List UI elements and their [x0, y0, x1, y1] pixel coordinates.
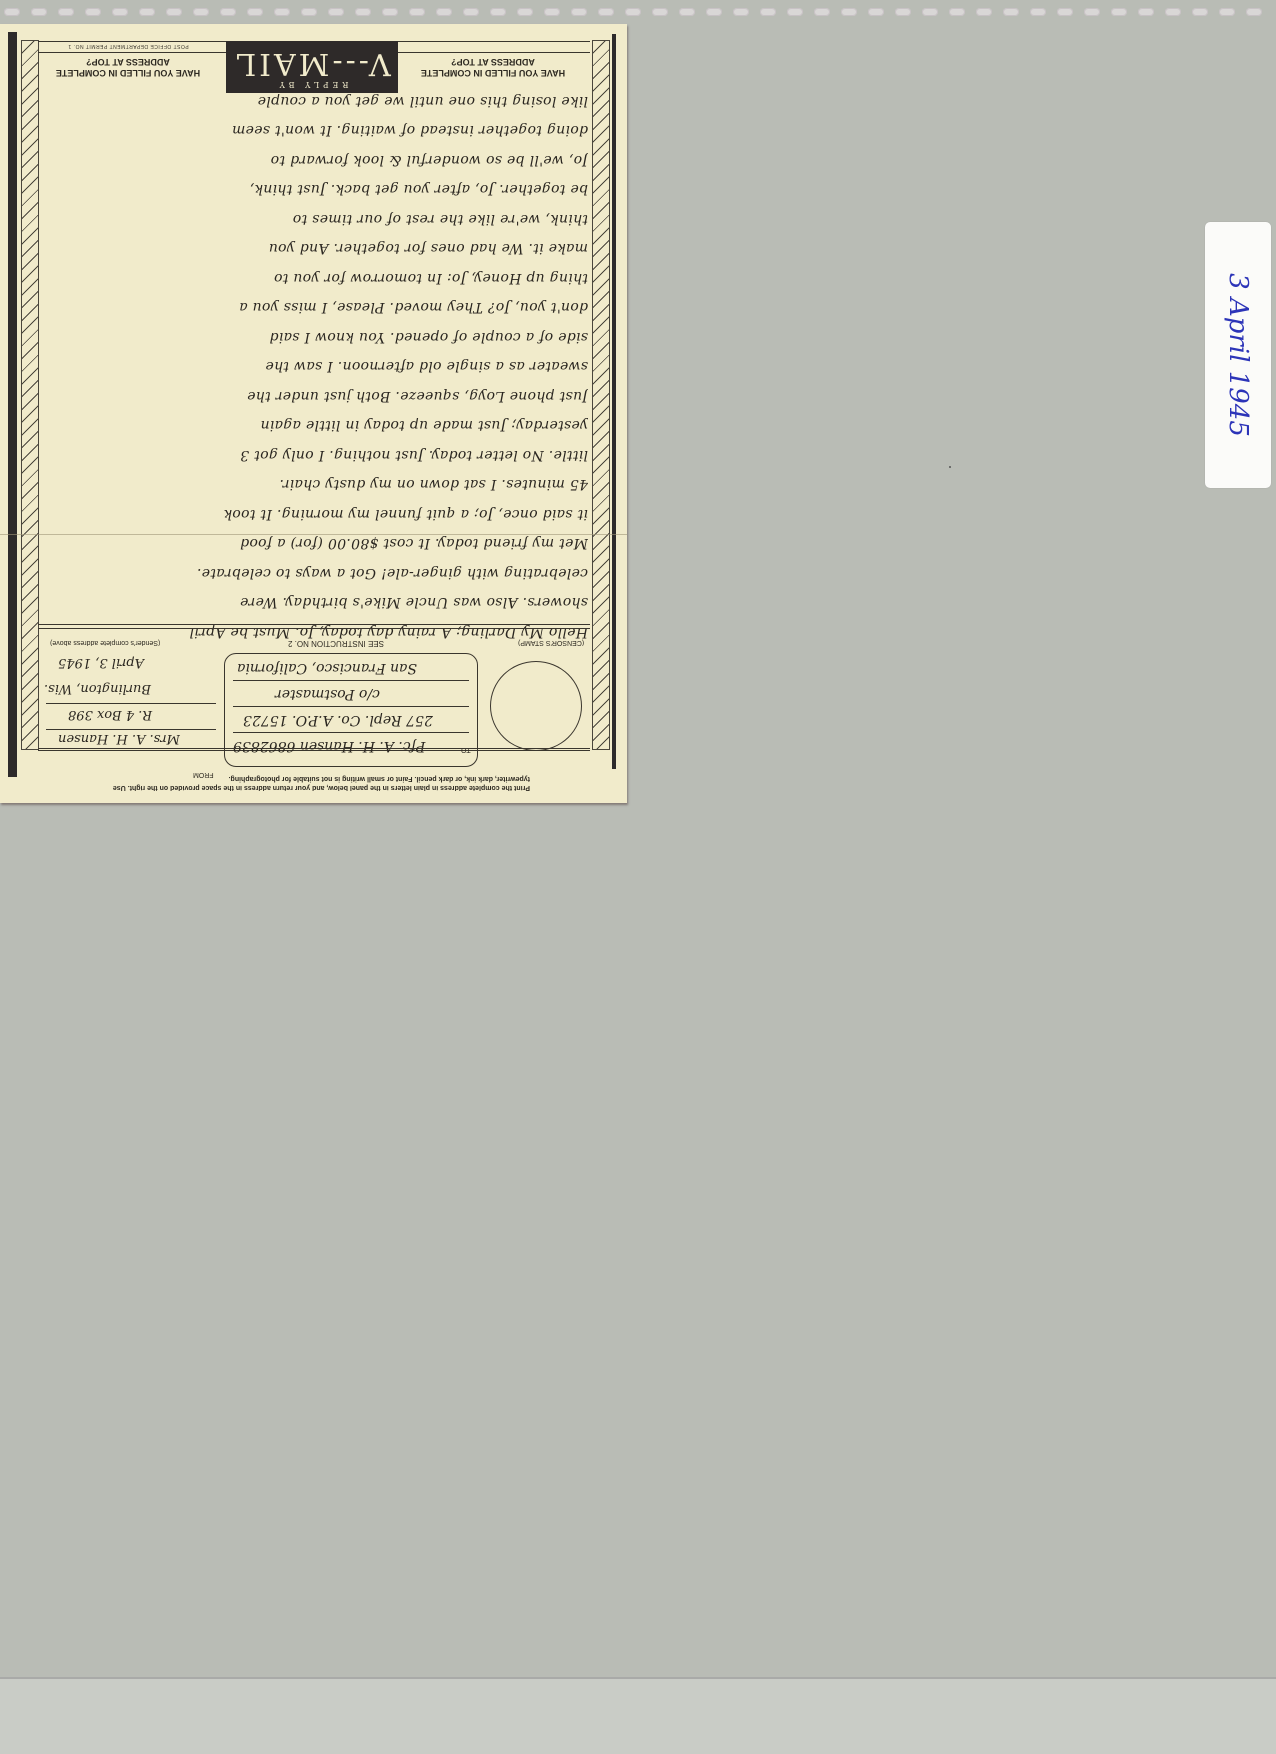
body-divider: [38, 624, 590, 625]
binding-hole: [409, 8, 425, 16]
permit-text: POST OFFICE DEPARTMENT PERMIT NO. 1: [68, 43, 189, 49]
to-line-3: c/o Postmaster: [275, 686, 380, 702]
binding-hole: [625, 8, 641, 16]
binding-hole: [58, 8, 74, 16]
binding-hole: [841, 8, 857, 16]
binding-hole: [31, 8, 47, 16]
letter-line: thing up Honey, Jo: In tomorrow for you …: [40, 263, 588, 293]
binding-hole: [1219, 8, 1235, 16]
binding-hole: [328, 8, 344, 16]
left-edge-bar: [8, 32, 17, 777]
letter-line: sweater as a single old afternoon. I saw…: [40, 351, 588, 381]
letter-line: be together. Jo, after you get back. Jus…: [40, 174, 588, 204]
binding-hole: [868, 8, 884, 16]
binding-hole: [436, 8, 452, 16]
binding-hole: [1003, 8, 1019, 16]
binding-hole: [85, 8, 101, 16]
sleeve-binding-holes: [0, 8, 1276, 18]
letter-line: showers. Also was Uncle Mike's birthday.…: [40, 587, 588, 617]
binding-hole: [922, 8, 938, 16]
handwritten-letter-body: Hello My Darling; A rainy day today, Jo.…: [40, 86, 588, 646]
binding-hole: [706, 8, 722, 16]
binding-hole: [814, 8, 830, 16]
letter-line: Met my friend today. It cost $80.00 (for…: [40, 528, 588, 558]
binding-hole: [1111, 8, 1127, 16]
binding-hole: [733, 8, 749, 16]
binding-hole: [598, 8, 614, 16]
letter-line: it said once, Jo; a quit funnel my morni…: [40, 499, 588, 529]
letter-line: like losing this one until we get you a …: [40, 86, 588, 116]
from-line-2: R. 4 Box 398: [68, 707, 152, 722]
binding-hole: [1138, 8, 1154, 16]
fold-crease: [0, 534, 627, 535]
binding-hole: [571, 8, 587, 16]
binding-hole: [382, 8, 398, 16]
address-rule: [233, 680, 469, 681]
recipient-address-box: San Francisco, California c/o Postmaster…: [224, 653, 478, 767]
binding-hole: [652, 8, 668, 16]
binding-hole: [274, 8, 290, 16]
letter-line: little. No letter today. Just nothing. I…: [40, 440, 588, 470]
date-sticky-label: 3 April 1945: [1205, 222, 1271, 488]
date-label-text: 3 April 1945: [1223, 273, 1253, 437]
binding-hole: [1192, 8, 1208, 16]
address-panel: (Sender's complete address above) SEE IN…: [38, 637, 590, 747]
binding-hole: [301, 8, 317, 16]
address-rule: [233, 706, 469, 707]
to-line-2: 257 Repl. Co. A.P.O. 15723: [243, 712, 433, 728]
from-line-3: Burlington, Wis.: [44, 681, 151, 696]
to-line-4: San Francisco, California: [237, 660, 417, 676]
binding-hole: [4, 8, 20, 16]
binding-hole: [760, 8, 776, 16]
vmail-header: POST OFFICE DEPARTMENT PERMIT NO. 1 HAVE…: [38, 41, 590, 81]
censor-stamp-label: (CENSOR'S STAMP): [518, 639, 584, 646]
binding-hole: [463, 8, 479, 16]
header-reminder-left: HAVE YOU FILLED IN COMPLETE ADDRESS AT T…: [43, 56, 213, 78]
binding-hole: [1084, 8, 1100, 16]
letter-line: Just phone Loyg, squeeze. Both just unde…: [40, 381, 588, 411]
header-reminder-right: HAVE YOU FILLED IN COMPLETE ADDRESS AT T…: [408, 56, 578, 78]
see-instruction-label: SEE INSTRUCTION NO. 2: [288, 639, 384, 648]
binding-hole: [193, 8, 209, 16]
binding-hole: [1057, 8, 1073, 16]
letter-line: doing together instead of waiting. It wo…: [40, 115, 588, 145]
right-hatch-border: [592, 40, 610, 750]
binding-hole: [1030, 8, 1046, 16]
from-rule: [46, 729, 216, 730]
sender-address-label: (Sender's complete address above): [50, 639, 160, 646]
letter-line: make it. We had ones for together. And y…: [40, 233, 588, 263]
left-hatch-border: [21, 40, 39, 750]
letter-line: Jo, we'll be so wonderful & look forward…: [40, 145, 588, 175]
binding-hole: [517, 8, 533, 16]
binding-hole: [976, 8, 992, 16]
censor-stamp-circle: [490, 661, 582, 751]
binding-hole: [895, 8, 911, 16]
from-line-1: Mrs. A. H. Hansen: [58, 731, 180, 746]
letter-line: don't you, Jo? They moved. Please, I mis…: [40, 292, 588, 322]
to-line-1: Pfc. A. H. Hansen 6862839: [233, 738, 425, 754]
body-divider-double: [38, 628, 590, 629]
scanner-bottom-band: [0, 1677, 1276, 1754]
binding-hole: [220, 8, 236, 16]
binding-hole: [544, 8, 560, 16]
binding-hole: [949, 8, 965, 16]
letter-line: 45 minutes. I sat down on my dusty chair…: [40, 469, 588, 499]
form-instructions: Print the complete address in plain lett…: [100, 774, 530, 792]
letter-line: think, we're like the rest of our times …: [40, 204, 588, 234]
binding-hole: [787, 8, 803, 16]
letter-date: April 3, 1945: [58, 655, 144, 670]
binding-hole: [490, 8, 506, 16]
scan-speck: [949, 466, 951, 468]
binding-hole: [355, 8, 371, 16]
binding-hole: [1165, 8, 1181, 16]
vmail-letter: POST OFFICE DEPARTMENT PERMIT NO. 1 HAVE…: [0, 24, 627, 803]
address-rule: [233, 732, 469, 733]
binding-hole: [679, 8, 695, 16]
letter-line: yesterday; Just made up today in little …: [40, 410, 588, 440]
binding-hole: [166, 8, 182, 16]
binding-hole: [112, 8, 128, 16]
letter-line: celebrating with ginger-ale! Got a ways …: [40, 558, 588, 588]
letter-line: side of a couple of opened. You know I s…: [40, 322, 588, 352]
from-rule: [46, 703, 216, 704]
binding-hole: [139, 8, 155, 16]
instructions-divider: [38, 748, 590, 749]
vmail-brand: V---MAIL: [226, 46, 398, 80]
right-edge-bar: [612, 34, 616, 769]
binding-hole: [1246, 8, 1262, 16]
binding-hole: [247, 8, 263, 16]
